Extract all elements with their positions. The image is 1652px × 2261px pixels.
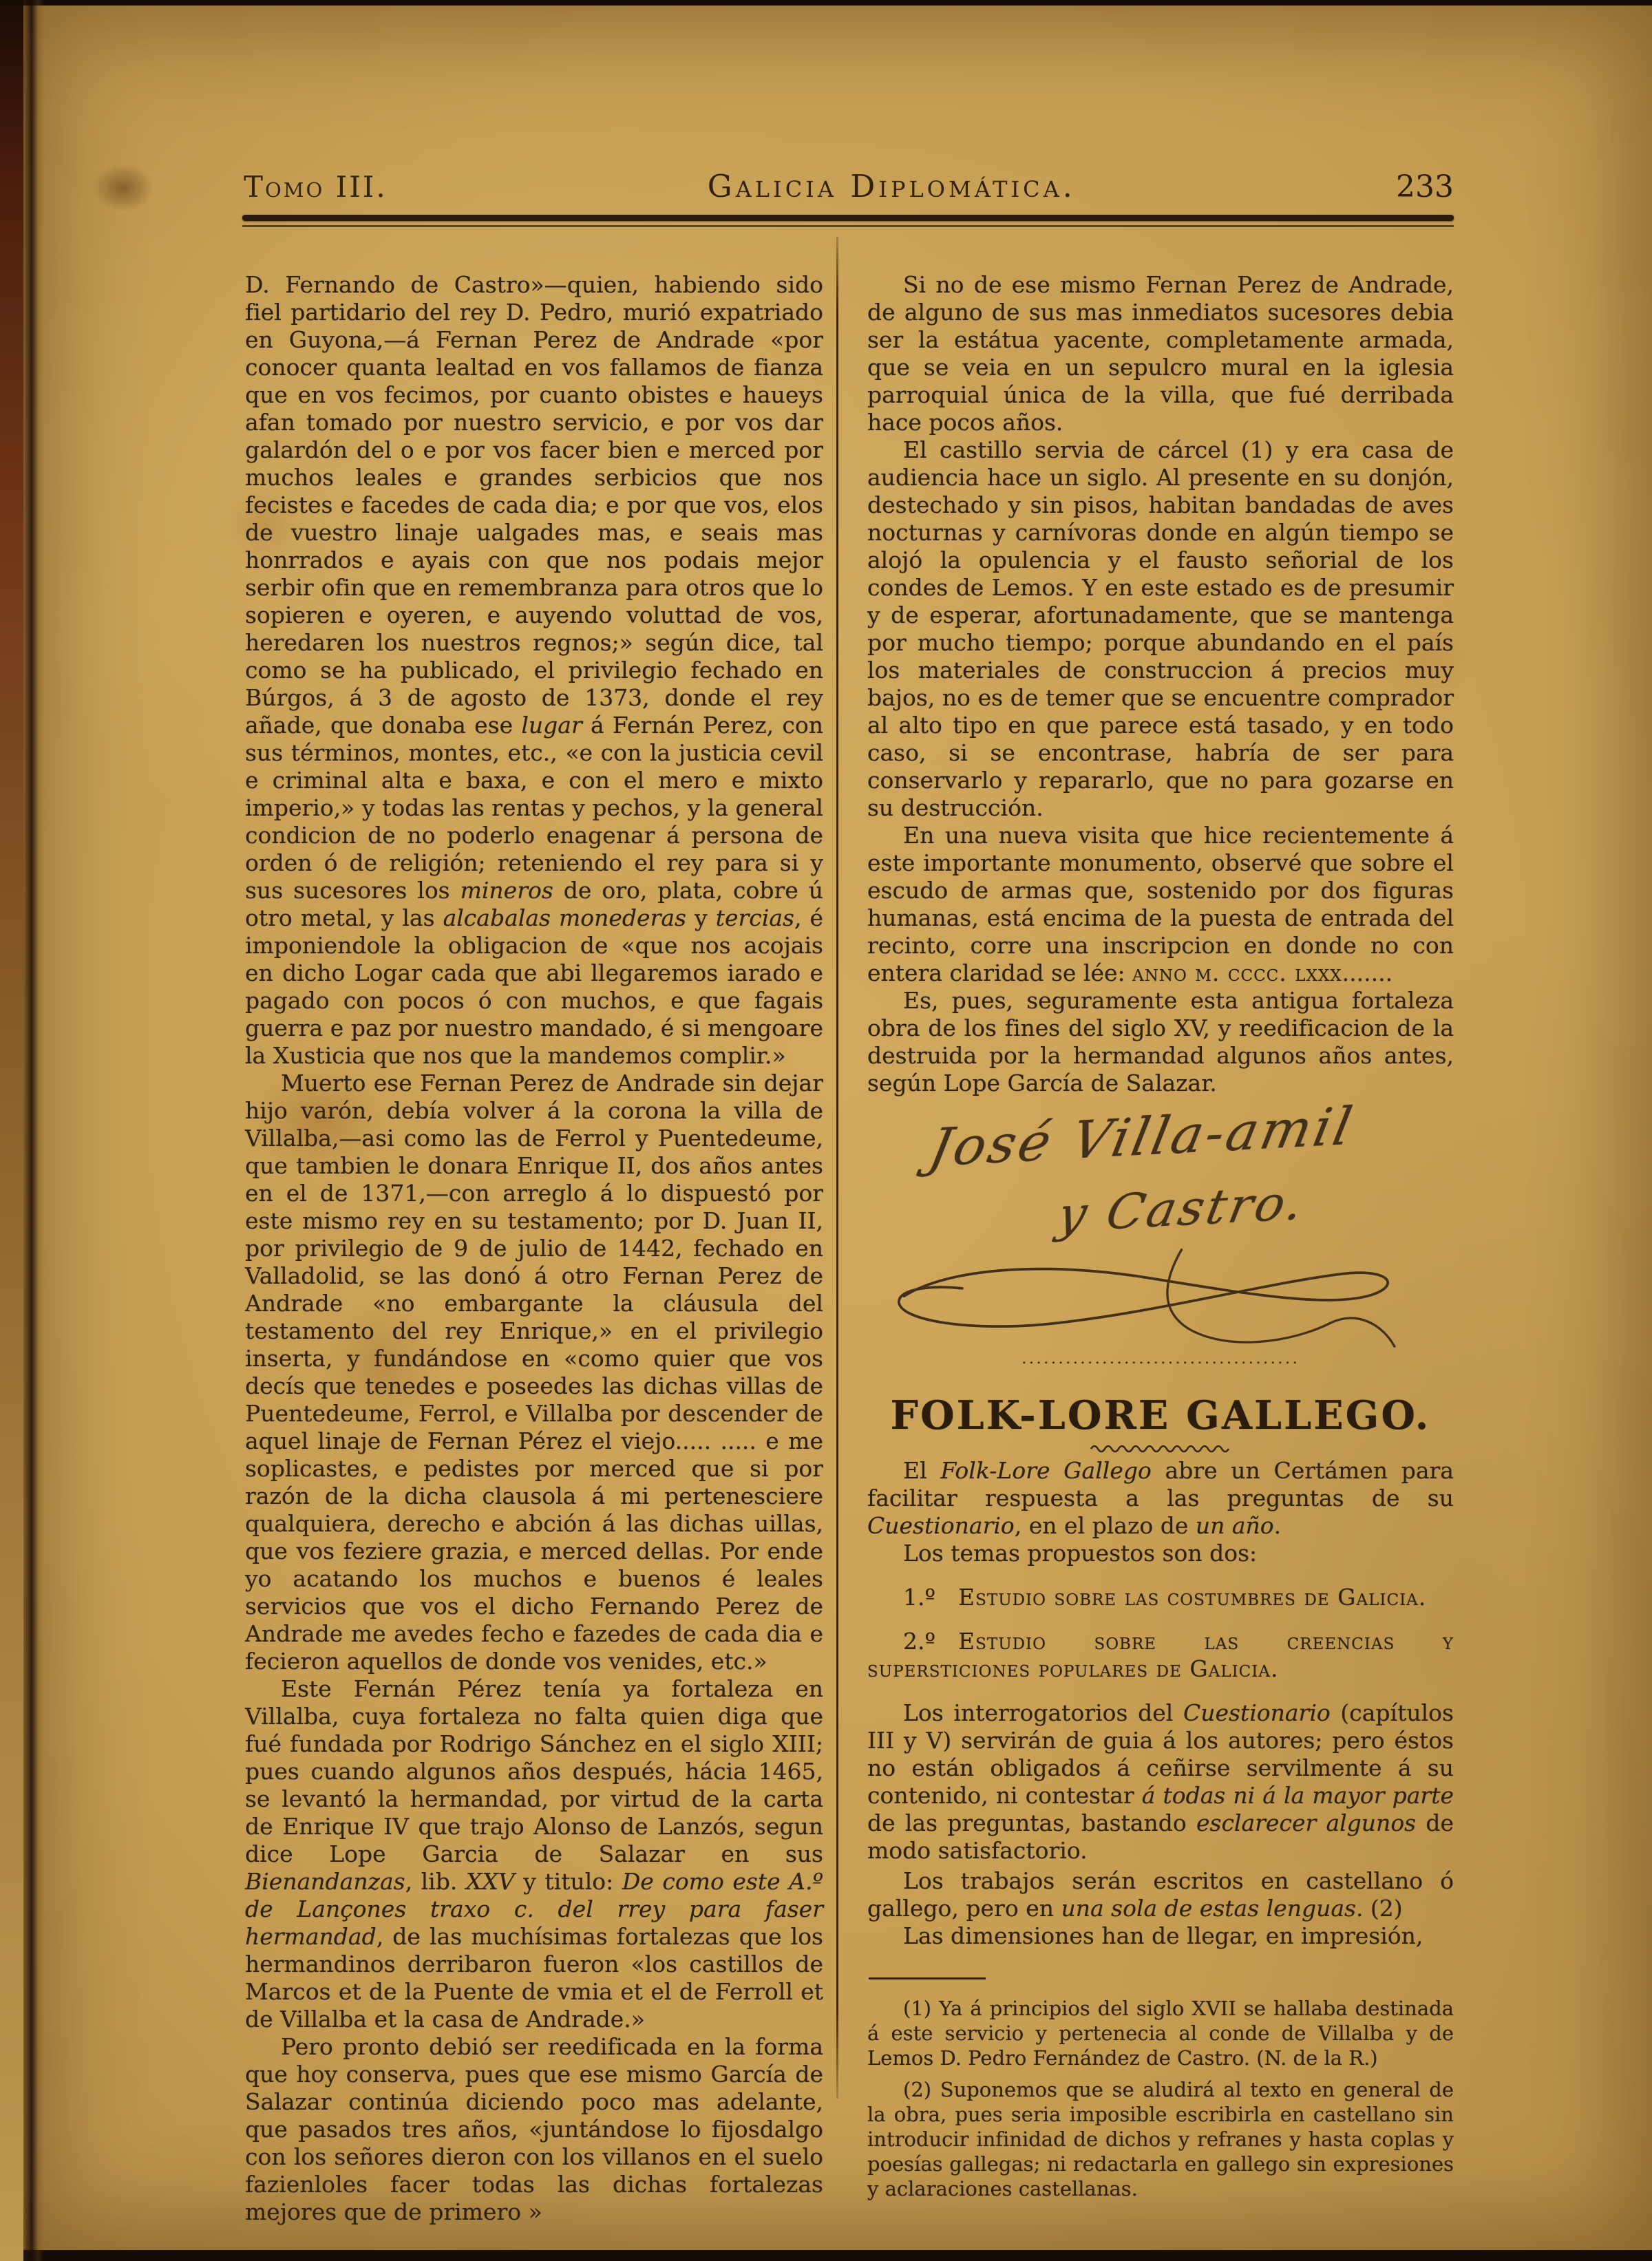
text-run: Cuestionario (867, 1512, 1015, 1539)
footnote-rule (869, 1977, 986, 1979)
paragraph: Los interrogatorios del Cuestionario (ca… (867, 1699, 1454, 1865)
signature-flourish (860, 1246, 1432, 1349)
signature-name: José Villa-amil (928, 1112, 1357, 1162)
paragraph: Es, pues, seguramente esta antigua forta… (867, 987, 1454, 1097)
paragraph: Los trabajos serán escritos en castellan… (867, 1867, 1454, 1922)
text-run: de las preguntas, bastando (867, 1809, 1196, 1836)
paragraph: Pero pronto debió ser reedificada en la … (245, 2033, 823, 2226)
header-rule-thin (242, 225, 1454, 227)
journal-title: Galicia Diplomática. (708, 168, 1076, 204)
section-title: FOLK-LORE GALLEGO. (867, 1402, 1454, 1430)
text-run: Es, pues, seguramente esta antigua forta… (867, 987, 1454, 1096)
text-run: tercias (716, 904, 794, 931)
paragraph: En una nueva visita que hice recientemen… (867, 822, 1454, 987)
text-run: Las dimensiones han de llegar, en impres… (903, 1922, 1423, 1949)
text-run: mineros (460, 877, 553, 904)
text-run: alcabalas monederas (443, 904, 686, 931)
text-run: (2) Suponemos que se aludirá al texto en… (867, 2078, 1454, 2200)
section-text: El Folk-Lore Gallego abre un Certámen pa… (867, 1457, 1454, 1950)
page-number: 233 (1396, 169, 1454, 204)
book-gutter-edge (0, 0, 23, 2261)
text-run: ....... (1342, 959, 1392, 986)
text-run: (1) Ya á principios del siglo XVII se ha… (867, 1997, 1454, 2070)
header-rule (242, 215, 1454, 227)
signature-surname: y Castro. (1056, 1189, 1308, 1229)
tome-label: Tomo III. (244, 170, 388, 204)
text-run: anno m. cccc. lxxx (1132, 959, 1342, 986)
text-run: D. Fernando de Castro»—quien, habiendo s… (245, 271, 823, 739)
text-run: lugar (521, 712, 582, 739)
text-run: Muerto ese Fernan Perez de Andrade sin d… (245, 1070, 823, 1675)
text-run: . (1274, 1512, 1282, 1539)
text-run: una sola de estas lenguas (1061, 1895, 1355, 1922)
text-run: Este Fernán Pérez tenía ya fortaleza en … (245, 1675, 823, 1867)
paragraph: Este Fernán Pérez tenía ya fortaleza en … (245, 1675, 823, 2033)
paragraph: 2.º Estudio sobre las creencias y supers… (867, 1628, 1454, 1683)
text-run: un año (1196, 1512, 1274, 1539)
right-column-text: Si no de ese mismo Fernan Perez de Andra… (867, 271, 1454, 1097)
text-run: y (686, 904, 716, 931)
right-column: Si no de ese mismo Fernan Perez de Andra… (867, 271, 1454, 2208)
text-run: 2.º (903, 1628, 958, 1655)
signature-block: José Villa-amil y Castro. (867, 1123, 1454, 1340)
paragraph: D. Fernando de Castro»—quien, habiendo s… (245, 271, 823, 1070)
text-run: Pero pronto debió ser reedificada en la … (245, 2033, 823, 2225)
paper-stain (92, 164, 154, 212)
text-run: á todas ni á la mayor parte (1142, 1782, 1454, 1809)
text-run: XXV (466, 1868, 515, 1895)
text-run: El castillo servia de cárcel (1) y era c… (867, 436, 1454, 821)
page-header: Tomo III. Galicia Diplomática. 233 (244, 168, 1454, 204)
text-run: Bienandanzas (245, 1868, 405, 1895)
left-column: D. Fernando de Castro»—quien, habiendo s… (245, 271, 823, 2226)
text-run: Los temas propuestos son dos: (903, 1540, 1257, 1567)
text-run: y titulo: (515, 1868, 622, 1895)
paragraph: El castillo servia de cárcel (1) y era c… (867, 436, 1454, 822)
text-run: Cuestionario (1183, 1699, 1331, 1726)
text-run: 1.º (903, 1584, 958, 1611)
paragraph: Si no de ese mismo Fernan Perez de Andra… (867, 271, 1454, 436)
book-photo: Tomo III. Galicia Diplomática. 233 D. Fe… (0, 0, 1652, 2261)
text-run: Folk-Lore Gallego (940, 1457, 1152, 1484)
header-rule-thick (242, 215, 1454, 221)
text-run: , en el plazo de (1015, 1512, 1196, 1539)
footnotes: (1) Ya á principios del siglo XVII se ha… (867, 1996, 1454, 2201)
text-run: Estudio sobre las costumbres de Galicia. (958, 1584, 1426, 1611)
text-run: . (2) (1356, 1895, 1403, 1922)
text-run: esclarecer algunos (1196, 1809, 1416, 1836)
paragraph: (1) Ya á principios del siglo XVII se ha… (867, 1996, 1454, 2070)
squiggle-divider (1088, 1441, 1233, 1453)
paragraph: El Folk-Lore Gallego abre un Certámen pa… (867, 1457, 1454, 1540)
text-run: Los interrogatorios del (903, 1699, 1183, 1726)
text-run: Si no de ese mismo Fernan Perez de Andra… (867, 271, 1454, 436)
text-run: á Fernán Perez, con sus términos, montes… (245, 712, 823, 904)
paragraph: (2) Suponemos que se aludirá al texto en… (867, 2077, 1454, 2201)
column-divider (836, 237, 838, 2099)
paragraph: 1.º Estudio sobre las costumbres de Gali… (867, 1584, 1454, 1611)
gutter-crease (23, 0, 44, 2261)
paragraph: Los temas propuestos son dos: (867, 1540, 1454, 1567)
paragraph: Las dimensiones han de llegar, en impres… (867, 1922, 1454, 1950)
paragraph: Muerto ese Fernan Perez de Andrade sin d… (245, 1070, 823, 1675)
text-run: El (903, 1457, 940, 1484)
text-run: , lib. (405, 1868, 466, 1895)
page: Tomo III. Galicia Diplomática. 233 D. Fe… (23, 6, 1652, 2250)
